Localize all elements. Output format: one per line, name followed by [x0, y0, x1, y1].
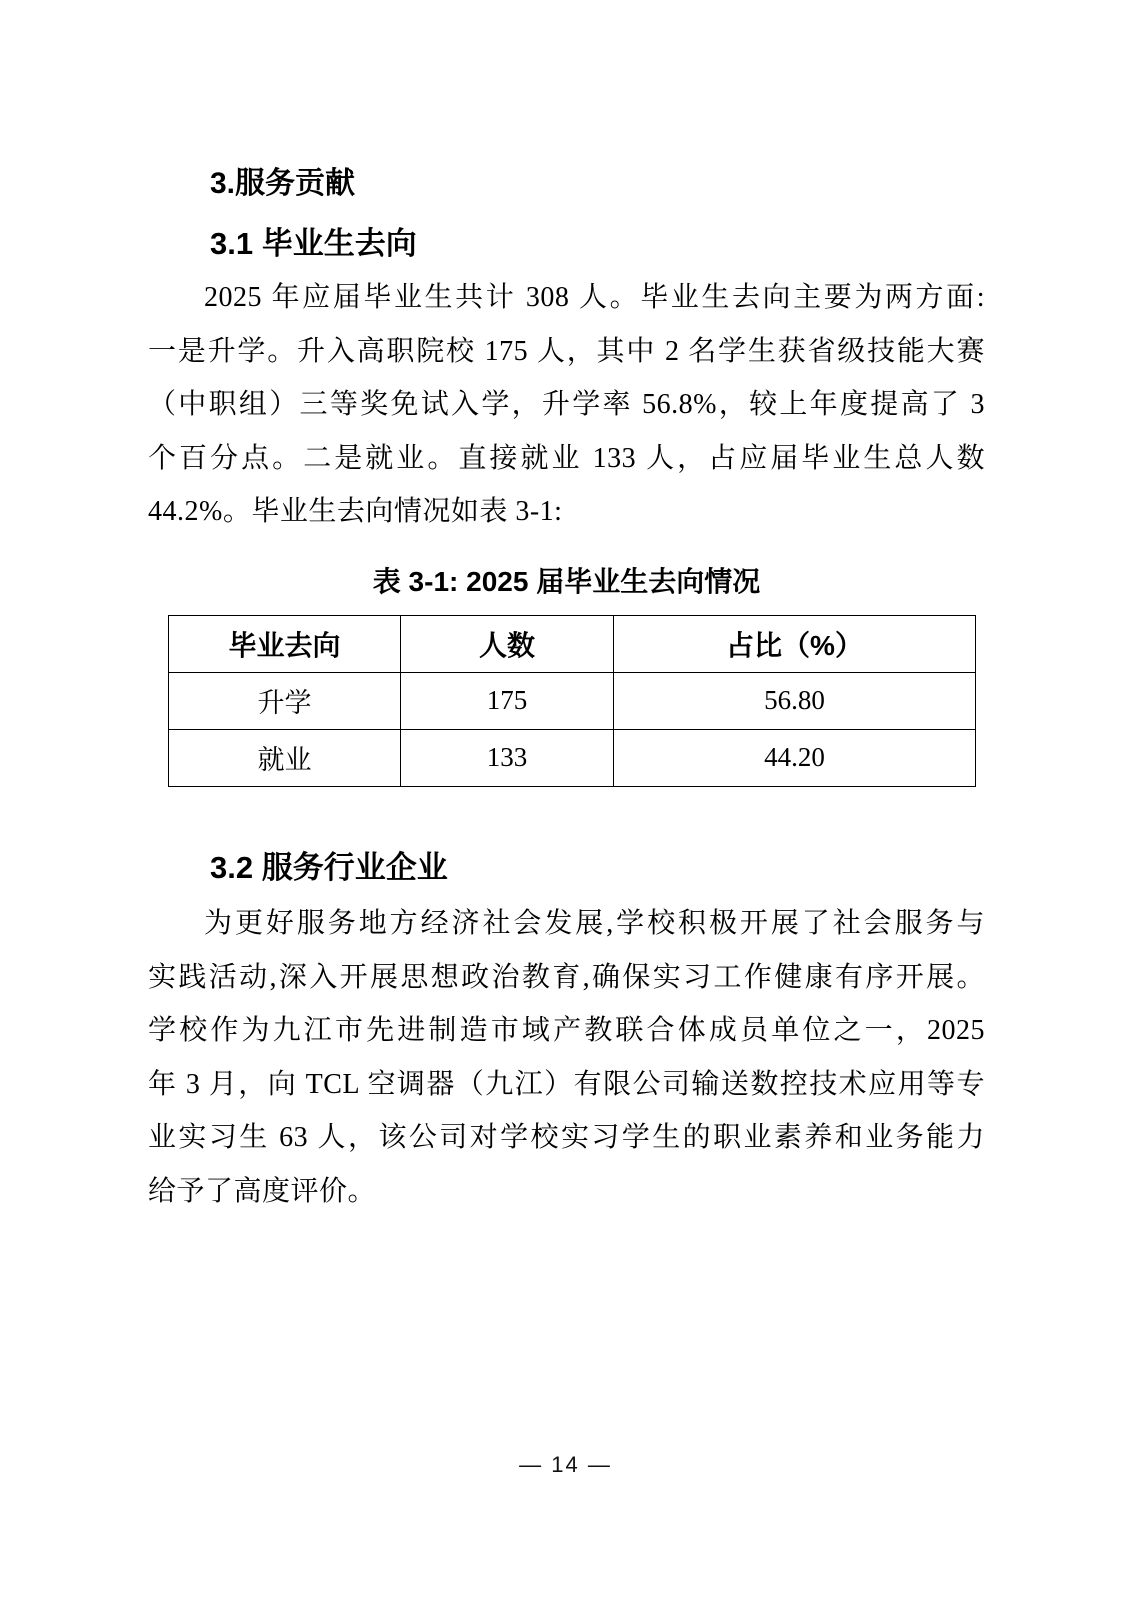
page-number: — 14 — [0, 1452, 1131, 1478]
paragraph-line: 44.2%。毕业生去向情况如表 3-1: [148, 485, 985, 539]
table-header-row: 毕业去向 人数 占比（%） [169, 615, 976, 672]
paragraph-line: 年 3 月，向 TCL 空调器（九江）有限公司输送数控技术应用等专 [148, 1058, 985, 1112]
paragraph-line: 业实习生 63 人，该公司对学校实习学生的职业素养和业务能力 [148, 1111, 985, 1165]
section-heading-3-1: 3.1 毕业生去向 [148, 225, 985, 263]
table-caption: 表 3-1: 2025 届毕业生去向情况 [148, 563, 985, 601]
cell-count: 133 [401, 729, 614, 786]
paragraph-line: （中职组）三等奖免试入学，升学率 56.8%，较上年度提高了 3 [148, 378, 985, 432]
graduate-destination-table: 毕业去向 人数 占比（%） 升学 175 56.80 就业 133 44.20 [168, 615, 976, 787]
paragraph-line: 给予了高度评价。 [148, 1165, 985, 1219]
cell-count: 175 [401, 672, 614, 729]
section-heading-3-2: 3.2 服务行业企业 [148, 849, 985, 887]
paragraph-industry-service: 为更好服务地方经济社会发展,学校积极开展了社会服务与 实践活动,深入开展思想政治… [148, 897, 985, 1219]
table-row: 升学 175 56.80 [169, 672, 976, 729]
cell-percentage: 44.20 [614, 729, 976, 786]
section-heading-3: 3.服务贡献 [148, 165, 985, 203]
document-page: 3.服务贡献 3.1 毕业生去向 2025 年应届毕业生共计 308 人。毕业生… [0, 0, 1131, 1600]
cell-destination: 升学 [169, 672, 401, 729]
table-header-destination: 毕业去向 [169, 615, 401, 672]
cell-destination: 就业 [169, 729, 401, 786]
paragraph-line: 2025 年应届毕业生共计 308 人。毕业生去向主要为两方面: [148, 271, 985, 325]
table-header-count: 人数 [401, 615, 614, 672]
table-row: 就业 133 44.20 [169, 729, 976, 786]
paragraph-line: 为更好服务地方经济社会发展,学校积极开展了社会服务与 [148, 897, 985, 951]
paragraph-line: 学校作为九江市先进制造市域产教联合体成员单位之一，2025 [148, 1004, 985, 1058]
paragraph-line: 个百分点。二是就业。直接就业 133 人，占应届毕业生总人数 [148, 432, 985, 486]
paragraph-graduate-destination: 2025 年应届毕业生共计 308 人。毕业生去向主要为两方面: 一是升学。升入… [148, 271, 985, 539]
paragraph-line: 一是升学。升入高职院校 175 人，其中 2 名学生获省级技能大赛 [148, 325, 985, 379]
cell-percentage: 56.80 [614, 672, 976, 729]
table-header-percentage: 占比（%） [614, 615, 976, 672]
paragraph-line: 实践活动,深入开展思想政治教育,确保实习工作健康有序开展。 [148, 951, 985, 1005]
